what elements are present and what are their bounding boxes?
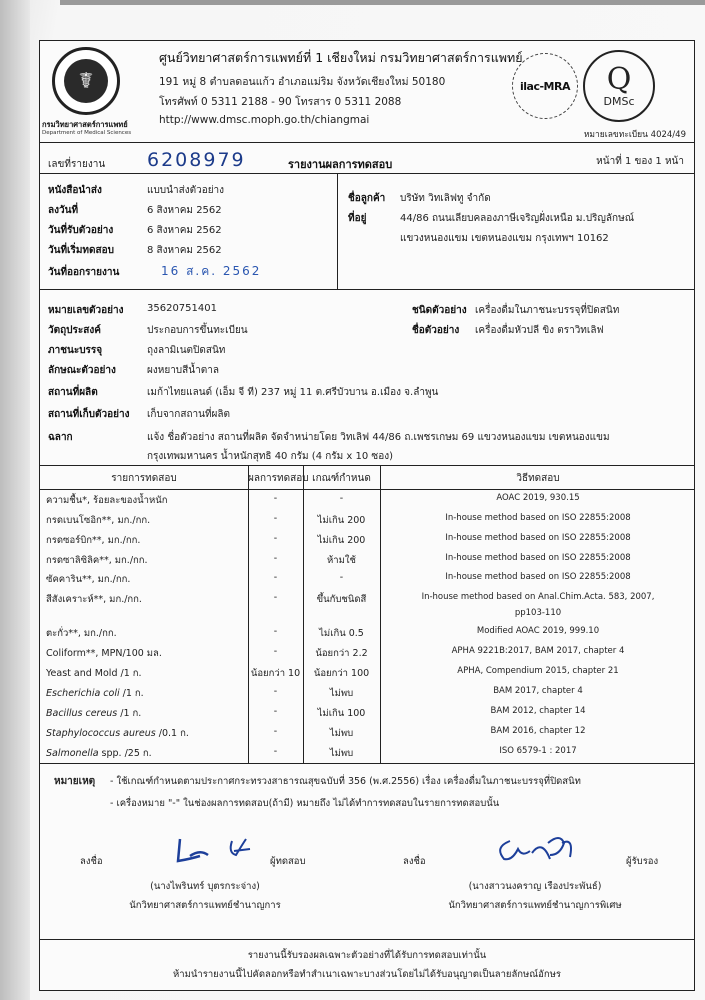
notes-label: หมายเหตุ: [54, 774, 95, 789]
table-row-test-item: ความชื้น*, ร้อยละของน้ำหนัก: [46, 493, 168, 508]
header-result: ผลการทดสอบ: [248, 471, 303, 486]
table-row-method: BAM 2012, chapter 14: [380, 706, 696, 716]
table-row-result: -: [248, 493, 303, 504]
test-start-label: วันที่เริ่มทดสอบ: [48, 243, 114, 258]
table-row-test-item: Yeast and Mold /1 ก.: [46, 666, 142, 681]
unit: /0.1 ก.: [156, 728, 189, 739]
table-row-method: BAM 2017, chapter 4: [380, 686, 696, 696]
collection-value: เก็บจากสถานที่ผลิต: [147, 407, 230, 422]
issued-date-stamp: 16 ส.ค. 2562: [161, 262, 261, 281]
footer-disclaimer-2: ห้ามนำรายงานนี้ไปคัดลอกหรือทำสำเนาเฉพาะบ…: [40, 967, 694, 982]
ilac-mra-logo-icon: ilac-MRA: [512, 53, 578, 119]
dated-value: 6 สิงหาคม 2562: [147, 203, 222, 218]
table-row-test-item: ตะกั่ว**, มก./กก.: [46, 626, 117, 641]
header-method: วิธีทดสอบ: [380, 471, 696, 486]
organism-name: Staphylococcus aureus: [46, 728, 156, 739]
container-value: ถุงลามิเนตปิดสนิท: [147, 343, 225, 358]
table-row-test-item: Escherichia coli /1 ก.: [46, 686, 144, 701]
table-row-test-item: ซัคคาริน**, มก./กก.: [46, 572, 130, 587]
test-start-value: 8 สิงหาคม 2562: [147, 243, 222, 258]
table-row-test-item: Staphylococcus aureus /0.1 ก.: [46, 726, 189, 741]
table-row-criteria: ห้ามใช้: [303, 553, 380, 568]
table-row-criteria: น้อยกว่า 100: [303, 666, 380, 681]
table-row-criteria: -: [303, 572, 380, 583]
table-row-criteria: ไม่เกิน 0.5: [303, 626, 380, 641]
ministry-logo-icon: ☤: [52, 47, 120, 115]
table-row-result: -: [248, 746, 303, 757]
table-row-result: -: [248, 706, 303, 717]
tester-role: ผู้ทดสอบ: [270, 854, 306, 869]
table-row-method: Modified AOAC 2019, 999.10: [380, 626, 696, 636]
container-label: ภาชนะบรรจุ: [48, 343, 102, 358]
organization-address: 191 หมู่ 8 ตำบลดอนแก้ว อำเภอแม่ริม จังหว…: [159, 73, 445, 90]
approver-title: นักวิทยาศาสตร์การแพทย์ชำนาญการพิเศษ: [420, 898, 650, 913]
lab-report-document: ☤ กรมวิทยาศาสตร์การแพทย์ Department of M…: [39, 40, 695, 991]
divider: [40, 489, 694, 490]
note-line: - ใช้เกณฑ์กำหนดตามประกาศกระทรวงสาธารณสุข…: [110, 774, 581, 789]
sample-name-label: ชื่อตัวอย่าง: [412, 323, 459, 338]
organism-name: Salmonella: [46, 748, 99, 759]
divider: [40, 142, 694, 143]
table-row-test-item: สีสังเคราะห์**, มก./กก.: [46, 592, 142, 607]
page-info: หน้าที่ 1 ของ 1 หน้า: [596, 154, 684, 169]
purpose-label: วัตถุประสงค์: [48, 323, 101, 338]
report-number: 6208979: [147, 149, 246, 171]
sample-id: 35620751401: [147, 303, 217, 314]
customer-name: บริษัท วิทเลิฟทู จำกัด: [400, 191, 491, 206]
table-row-criteria: ขึ้นกับชนิดสี: [303, 592, 380, 607]
note-line: - เครื่องหมาย "-" ในช่องผลการทดสอบ(ถ้ามี…: [110, 796, 499, 811]
logo-caption-english: Department of Medical Sciences: [42, 130, 131, 136]
divider: [40, 465, 694, 466]
table-row-result: -: [248, 513, 303, 524]
label-info-label: ฉลาก: [48, 430, 73, 445]
approver-role: ผู้รับรอง: [626, 854, 658, 869]
organism-name: Escherichia coli: [46, 688, 120, 699]
table-row-result: -: [248, 626, 303, 637]
organism-name: Bacillus cereus: [46, 708, 117, 719]
table-row-method: In-house method based on ISO 22855:2008: [380, 533, 696, 543]
table-row-test-item: กรดเบนโซอิก**, มก./กก.: [46, 513, 150, 528]
table-row-result: -: [248, 553, 303, 564]
table-row-method: In-house method based on ISO 22855:2008: [380, 513, 696, 523]
table-row-method: APHA 9221B:2017, BAM 2017, chapter 4: [380, 646, 696, 656]
unit: /1 ก.: [117, 708, 141, 719]
received-label: วันที่รับตัวอย่าง: [48, 223, 113, 238]
purpose-value: ประกอบการขึ้นทะเบียน: [147, 323, 248, 338]
sample-type: เครื่องดื่มในภาชนะบรรจุที่ปิดสนิท: [475, 303, 619, 318]
table-row-result: น้อยกว่า 10: [248, 666, 303, 681]
letter-value: แบบนำส่งตัวอย่าง: [147, 183, 224, 198]
table-row-criteria: น้อยกว่า 2.2: [303, 646, 380, 661]
table-row-method: ISO 6579-1 : 2017: [380, 746, 696, 756]
table-row-criteria: ไม่พบ: [303, 686, 380, 701]
column-divider: [248, 465, 249, 763]
unit: spp. /25 ก.: [99, 748, 152, 759]
scan-edge: [60, 0, 705, 5]
table-row-result: -: [248, 572, 303, 583]
table-row-method-cont: pp103-110: [380, 608, 696, 618]
column-divider: [337, 173, 338, 289]
table-row-test-item: Bacillus cereus /1 ก.: [46, 706, 141, 721]
customer-address-line2: แขวงหนองแขม เขตหนองแขม กรุงเทพฯ 10162: [400, 231, 609, 246]
table-row-criteria: ไม่เกิน 100: [303, 706, 380, 721]
tester-name: (นางไพรินทร์ บุตรกระจ่าง): [90, 879, 320, 894]
collection-label: สถานที่เก็บตัวอย่าง: [48, 407, 130, 422]
table-row-test-item: กรดซอร์บิก**, มก./กก.: [46, 533, 140, 548]
letter-label: หนังสือนำส่ง: [48, 183, 102, 198]
report-number-label: เลขที่รายงาน: [48, 157, 105, 172]
sample-name: เครื่องดื่มหัวปลี ขิง ตราวิทเลิฟ: [475, 323, 604, 338]
organization-name: ศูนย์วิทยาศาสตร์การแพทย์ที่ 1 เชียงใหม่ …: [159, 48, 523, 68]
label-info-line2: กรุงเทพมหานคร น้ำหนักสุทธิ 40 กรัม (4 กร…: [147, 449, 393, 464]
customer-address-line1: 44/86 ถนนเลียบคลองภาษีเจริญฝั่งเหนือ ม.ป…: [400, 211, 634, 226]
header-test-item: รายการทดสอบ: [40, 471, 248, 486]
organization-phone: โทรศัพท์ 0 5311 2188 - 90 โทรสาร 0 5311 …: [159, 93, 401, 110]
organization-website[interactable]: http://www.dmsc.moph.go.th/chiangmai: [159, 114, 369, 126]
approver-name: (นางสาวนงคราญ เรืองประพันธ์): [420, 879, 650, 894]
customer-name-label: ชื่อลูกค้า: [348, 191, 385, 206]
dmsc-quality-logo-icon: Q DMSc: [583, 50, 655, 122]
table-row-result: -: [248, 592, 303, 603]
unit: /1 ก.: [120, 688, 144, 699]
appearance-label: ลักษณะตัวอย่าง: [48, 363, 116, 378]
report-title: รายงานผลการทดสอบ: [288, 155, 392, 173]
table-row-method: BAM 2016, chapter 12: [380, 726, 696, 736]
scan-shadow: [0, 0, 30, 1000]
table-row-test-item: กรดซาลิซิลิค**, มก./กก.: [46, 553, 148, 568]
customer-address-label: ที่อยู่: [348, 211, 366, 226]
registration-number: หมายเลขทะเบียน 4024/49: [584, 127, 686, 141]
manufacturer-value: เมก้าไทยแลนด์ (เอ็ม จี ที) 237 หมู่ 11 ต…: [147, 385, 438, 400]
dated-label: ลงวันที่: [48, 203, 78, 218]
table-row-criteria: ไม่เกิน 200: [303, 533, 380, 548]
table-row-criteria: ไม่เกิน 200: [303, 513, 380, 528]
table-row-method: In-house method based on Anal.Chim.Acta.…: [380, 592, 696, 602]
issued-label: วันที่ออกรายงาน: [48, 265, 119, 280]
tester-title: นักวิทยาศาสตร์การแพทย์ชำนาญการ: [90, 898, 320, 913]
table-row-method: In-house method based on ISO 22855:2008: [380, 553, 696, 563]
tester-sign-label: ลงชื่อ: [80, 854, 103, 869]
table-row-method: APHA, Compendium 2015, chapter 21: [380, 666, 696, 676]
table-row-method: In-house method based on ISO 22855:2008: [380, 572, 696, 582]
sample-id-label: หมายเลขตัวอย่าง: [48, 303, 124, 318]
divider: [40, 289, 694, 290]
divider: [40, 173, 694, 174]
sample-type-label: ชนิดตัวอย่าง: [412, 303, 467, 318]
table-row-test-item: Coliform**, MPN/100 มล.: [46, 646, 162, 661]
table-row-result: -: [248, 646, 303, 657]
table-row-method: AOAC 2019, 930.15: [380, 493, 696, 503]
table-row-criteria: ไม่พบ: [303, 746, 380, 761]
footer-disclaimer-1: รายงานนี้รับรองผลเฉพาะตัวอย่างที่ได้รับก…: [40, 948, 694, 963]
label-info-line1: แจ้ง ชื่อตัวอย่าง สถานที่ผลิต จัดจำหน่าย…: [147, 430, 610, 445]
table-row-criteria: -: [303, 493, 380, 504]
table-row-result: -: [248, 726, 303, 737]
approver-sign-label: ลงชื่อ: [403, 854, 426, 869]
approver-signature-icon: [490, 829, 600, 869]
divider: [40, 939, 694, 940]
header-criteria: เกณฑ์กำหนด: [303, 471, 380, 486]
divider: [40, 763, 694, 764]
table-row-result: -: [248, 533, 303, 544]
table-row-criteria: ไม่พบ: [303, 726, 380, 741]
manufacturer-label: สถานที่ผลิต: [48, 385, 98, 400]
tester-signature-icon: [170, 831, 265, 871]
appearance-value: ผงหยาบสีน้ำตาล: [147, 363, 219, 378]
received-value: 6 สิงหาคม 2562: [147, 223, 222, 238]
table-row-test-item: Salmonella spp. /25 ก.: [46, 746, 152, 761]
table-row-result: -: [248, 686, 303, 697]
